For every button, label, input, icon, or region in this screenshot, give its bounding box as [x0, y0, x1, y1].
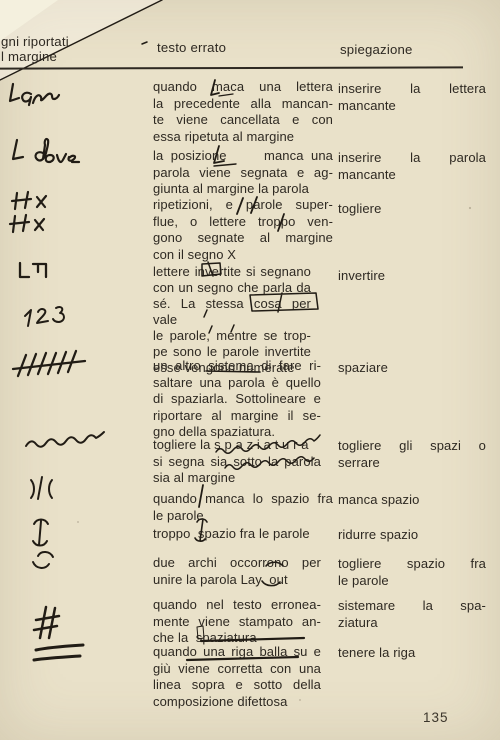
text-line: di spaziarla. Sottolineare e: [153, 391, 321, 408]
wavy-line-mark: [26, 432, 104, 447]
text-line: quando nel testo erronea-: [153, 597, 321, 614]
hash-space-mark: [34, 607, 59, 638]
text-line: si segna sia sotto la parola: [153, 454, 321, 471]
row-text-insert-word: la posizione manca una parola viene segn…: [153, 148, 333, 198]
explanation-line: sistemare la spa-: [338, 598, 486, 615]
text-line: troppo spazio fra le parole: [153, 526, 343, 543]
text-line: linea sopra e sotto della: [153, 677, 321, 694]
row-text-missing-space: quando manca lo spazio fra le parole: [153, 491, 333, 524]
row-text-hold-line: quando una riga balla su e giù viene cor…: [153, 644, 321, 710]
text-line: con un segno che parla da: [153, 280, 311, 296]
text-line: ripetizioni, e parole super-: [153, 197, 333, 214]
row-text-fix-spacing: quando nel testo erronea- mente viene st…: [153, 597, 321, 647]
ink-speck: [142, 42, 147, 44]
explanation-line: togliere gli spazi o: [338, 438, 486, 455]
text-line: flue, o lettere troppo ven-: [153, 214, 333, 231]
insert-space-mark: [31, 477, 52, 499]
text-line: essa ripetuta al margine: [153, 129, 333, 146]
column-header-wrong-text: testo errato: [157, 40, 226, 55]
text-line: giunta al margine la parola: [153, 181, 333, 198]
scanned-book-page: gni riportati l margine testo errato spi…: [0, 0, 500, 740]
text-line: saltare una parola è quello: [153, 375, 321, 392]
hatched-line-spacing-mark: [13, 351, 85, 376]
row-explanation-too-much-space: ridurre spazio: [338, 527, 486, 544]
text-line: le parole: [153, 508, 333, 525]
row-explanation-insert-word: inserire la parola mancante: [338, 150, 486, 183]
row-explanation-hold-line: tenere la riga: [338, 645, 486, 662]
text-line: quando manca lo spazio fra: [153, 491, 333, 508]
row-explanation-join-words: togliere spazio fra le parole: [338, 556, 486, 589]
page-number: 135: [423, 710, 449, 725]
row-explanation-fix-spacing: sistemare la spa- ziatura: [338, 598, 486, 631]
row-explanation-space-out: spaziare: [338, 360, 486, 377]
row-text-insert-letter: quando maca una lettera la precedente al…: [153, 79, 333, 145]
row-text-remove-spacing: togliere la s p a z i a t u r a si segna…: [153, 437, 321, 487]
explanation-line: serrare: [338, 455, 486, 472]
text-line: unire la parola Lay out: [153, 572, 321, 589]
header-line: gni riportati: [1, 34, 69, 49]
deleatur-hx-marks: [10, 192, 46, 232]
explanation-line: togliere spazio fra: [338, 556, 486, 573]
explanation-line: ridurre spazio: [338, 527, 486, 544]
explanation-line: mancante: [338, 98, 486, 115]
insertion-caret-dove-mark: [13, 139, 79, 162]
text-line: la precedente alla mancan-: [153, 96, 333, 113]
text-line: sia al margine: [153, 470, 321, 487]
text-line: togliere la s p a z i a t u r a: [153, 437, 321, 454]
text-line: composizione difettosa: [153, 694, 321, 711]
row-text-space-out: un altro sistema di fare ri- saltare una…: [153, 358, 321, 441]
text-line: giù viene corretta con una: [153, 661, 321, 678]
column-header-margin-marks: gni riportati l margine: [1, 34, 69, 64]
row-explanation-remove-spacing: togliere gli spazi o serrare: [338, 438, 486, 471]
text-line: la posizione manca una: [153, 148, 333, 165]
row-explanation-delete: togliere: [338, 201, 486, 218]
header-line: l margine: [1, 49, 69, 64]
insertion-caret-an-mark: [10, 84, 59, 105]
paper-speck: [77, 521, 79, 523]
explanation-line: togliere: [338, 201, 486, 218]
text-line: le parole, mentre se trop-: [153, 328, 311, 344]
text-line: due archi occorrono per: [153, 555, 321, 572]
text-line: gono segnate al margine: [153, 230, 333, 247]
row-text-join-words: due archi occorrono per unire la parola …: [153, 555, 321, 588]
row-text-delete: ripetizioni, e parole super- flue, o let…: [153, 197, 333, 263]
column-header-explanation: spiegazione: [340, 42, 413, 57]
text-line: un altro sistema di fare ri-: [153, 358, 321, 375]
explanation-line: invertire: [338, 268, 486, 285]
reduce-space-mark: [33, 520, 48, 546]
row-explanation-insert-letter: inserire la lettera mancante: [338, 81, 486, 114]
double-rule-mark: [34, 645, 83, 660]
text-line: mente viene stampato an-: [153, 614, 321, 631]
text-line: te viene cancellata e con: [153, 112, 333, 129]
explanation-line: inserire la lettera: [338, 81, 486, 98]
explanation-line: manca spazio: [338, 492, 486, 509]
text-line: parola viene segnata e ag-: [153, 165, 333, 182]
text-line: sé. La stessa cosa per vale: [153, 296, 311, 328]
row-explanation-missing-space: manca spazio: [338, 492, 486, 509]
row-explanation-invert: invertire: [338, 268, 486, 285]
explanation-line: ziatura: [338, 615, 486, 632]
header-rule: [0, 66, 463, 69]
numbers-123-mark: [25, 307, 64, 326]
text-line: quando maca una lettera: [153, 79, 333, 96]
explanation-line: le parole: [338, 573, 486, 590]
explanation-line: inserire la parola: [338, 150, 486, 167]
text-line: quando una riga balla su e: [153, 644, 321, 661]
text-line: lettere invertite si segnano: [153, 264, 311, 280]
text-line: con il segno X: [153, 247, 333, 264]
explanation-line: tenere la riga: [338, 645, 486, 662]
explanation-line: mancante: [338, 167, 486, 184]
close-up-arcs-mark: [33, 552, 53, 568]
explanation-line: spaziare: [338, 360, 486, 377]
text-line: riportare al margine il se-: [153, 408, 321, 425]
transposition-mark: [20, 263, 46, 277]
row-text-too-much-space: troppo spazio fra le parole: [153, 526, 343, 543]
